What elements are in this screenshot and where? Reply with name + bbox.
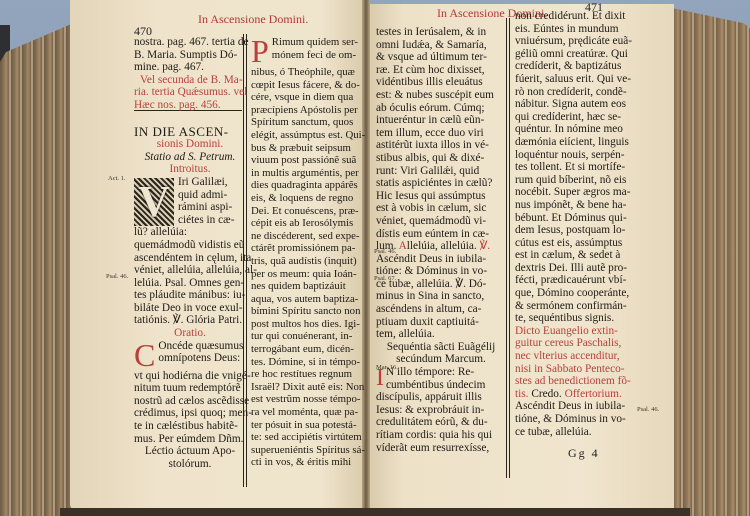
text-line: est vestrũm nosse témpo- <box>251 393 363 406</box>
text-line: nes quidem baptizáuit <box>251 280 363 293</box>
text-line: fúerit, saluus erit. Qui ve- <box>515 73 645 86</box>
signature-mark: Gg 4 <box>568 446 600 461</box>
offertorium-label: Offertorium. <box>562 388 622 400</box>
rubric-line: Dicto Euangelio extin- <box>515 325 645 338</box>
text-line: ce tubæ, allelúia. <box>515 426 645 439</box>
text-line: elégit, assúmptus est. Qui- <box>251 129 363 142</box>
station-line: Statio ad S. Petrum. <box>134 151 246 164</box>
text-line: Dei. Et conuéscens, præ- <box>251 205 363 218</box>
feast-title: IN DIE ASCEN- <box>134 126 246 139</box>
right-column-1: testes in Ierúsalem, & in omni Iudǽa, & … <box>376 26 506 454</box>
rubric-line: Hæc nos. pag. 456. <box>134 99 246 112</box>
text-line: Ascéndit Deus in iubila- <box>515 400 645 413</box>
text-line: præcípiens Apóstolis per <box>251 104 363 117</box>
text-line: dies quadraginta appárẽs <box>251 179 363 192</box>
text-line: ne discéderent, sed expe- <box>251 230 363 243</box>
text-line: terrogábant eum, dicén- <box>251 343 363 356</box>
rubric-line: stes ad benedictionem fõ- <box>515 375 645 388</box>
text-line: ab óculis eórum. Cúmq; <box>376 102 506 115</box>
text-line: cumbéntibus úndecim <box>376 379 506 392</box>
text-line: astitérũt iuxta illos in vé- <box>376 139 506 152</box>
text-line: vt qui hodiérna die vnigé- <box>134 370 246 383</box>
text-line: rum quid bíberint, nõ eis <box>515 174 645 187</box>
text-line: Spíritum sanctum, quos <box>251 116 363 129</box>
text-line: discípulis, appáruit illis <box>376 391 506 404</box>
text-line: viuum post passiónẽ suã <box>251 154 363 167</box>
page-edges-right <box>672 8 750 516</box>
rubric-line: Vel secunda de B. Ma- <box>134 74 246 87</box>
text-line: tes. Dómine, si in témpo- <box>251 356 363 369</box>
text-line: quemádmodũ vidistis eũ <box>134 239 246 252</box>
text-line: & vsque ad últimum ter- <box>376 51 506 64</box>
text-line: rítiam cordis: quia his qui <box>376 429 506 442</box>
text-line: Iesus: & exprobráuit in- <box>376 404 506 417</box>
red-initial-i: I <box>376 366 384 390</box>
text-line: cútus est eis, assúmptus <box>515 237 645 250</box>
text-line: tem illum, ecce duo viri <box>376 127 506 140</box>
credo-text: Credo. <box>531 388 561 400</box>
text-line: omni Iudǽa, & Samaría, <box>376 39 506 52</box>
red-initial-c: C <box>134 340 155 370</box>
text-line: mine. pag. 467. <box>134 61 246 74</box>
text-line: cœpit Iesus fácere, & do- <box>251 79 363 92</box>
text-line: véniet, allelúia, allelúia, al- <box>134 264 246 277</box>
text-line: ter pósuit in sua potestá- <box>251 419 363 432</box>
text-line: Israël? Dixit autẽ eis: Non <box>251 381 363 394</box>
text-line: per os meum: quia Ioán- <box>251 268 363 281</box>
right-column-2: non credidérunt. Et dixit eis. Eúntes in… <box>515 10 645 438</box>
credo-offertory-line: tis. Credo. Offertorium. <box>515 388 645 401</box>
text-line: víderãt eum resurrexísse, <box>376 442 506 455</box>
text-line: credíderit, & baptizátus <box>515 60 645 73</box>
text-line: que, Dómino cooperánte, <box>515 287 645 300</box>
text-line: dístis eum eúntem in cæ- <box>376 228 506 241</box>
text-line: nostra. pag. 467. tertia de <box>134 36 246 49</box>
text-line: cére, vsque in diem qua <box>251 91 363 104</box>
margin-note-psal: Psal. 46. <box>106 273 128 280</box>
text-line: te in cæléstibus habitẽ- <box>134 420 246 433</box>
book-bottom-shadow <box>60 508 690 516</box>
text-line: ræ. Et cùm hoc dixisset, <box>376 64 506 77</box>
lectio-heading: Léctio áctuum Apo- <box>134 445 246 458</box>
text-line: rò non credíderit, condẽ- <box>515 86 645 99</box>
text-line: tióne: & Dóminus in vo- <box>376 265 506 278</box>
left-column-2: P Rimum quidem ser- mónem feci de om- ni… <box>251 36 363 469</box>
text-line: mus. Per eúmdem Dñm. <box>134 433 246 446</box>
text-line: eis, & loquens de regno <box>251 192 363 205</box>
red-initial-a: A <box>399 240 407 252</box>
feast-subtitle: sionis Domini. <box>134 138 246 151</box>
text-line: qui credíderint, hæc se- <box>515 111 645 124</box>
text-line: credulitátem eórũ, & du- <box>376 416 506 429</box>
text-line: minus in Sina in sancto, <box>376 290 506 303</box>
gospel-heading: secúndum Marcum. <box>376 353 506 366</box>
text-line: fécti, prædicauérunt vbí- <box>515 274 645 287</box>
text-fragment: lum. <box>376 240 399 252</box>
text-line: bus & præbuit seipsum <box>251 142 363 155</box>
column-rule-right <box>506 18 507 478</box>
alleluia-line: lum. Allelúia, allelúia. ℣. <box>376 240 506 253</box>
rubric-line: nec vlterius accenditur, <box>515 350 645 363</box>
margin-note-act: Act. 1. <box>108 175 126 182</box>
book-gutter <box>362 0 370 516</box>
text-line: Ascéndit Deus in iubila- <box>376 253 506 266</box>
text-line: tióne, & Dóminus in vo- <box>515 413 645 426</box>
text-line: nitum tuum redemptórẽ <box>134 382 246 395</box>
text-line: in multis arguméntis, per <box>251 167 363 180</box>
text-line: tem, allelúia. <box>376 328 506 341</box>
page-edges-left <box>0 22 76 516</box>
text-line: aqua, vos autem baptiza- <box>251 293 363 306</box>
text-line: crédimus, ipsi quoq; men- <box>134 407 246 420</box>
text-line: N illo témpore: Re- <box>376 366 506 379</box>
text-line: tes tollent. Et si mortífe- <box>515 161 645 174</box>
text-line: est in cælum, & sedet à <box>515 249 645 262</box>
text-line: tris, quã audístis (inquit) <box>251 255 363 268</box>
text-line: bímini Spíritu sancto non <box>251 305 363 318</box>
red-initial-p: P <box>251 36 269 66</box>
rubric-fragment: tis. <box>515 388 531 400</box>
column-rule-right-2 <box>509 18 510 478</box>
introit-label: Introitus. <box>134 163 246 176</box>
text-line: ra vel moménta, quæ pa- <box>251 406 363 419</box>
text-line: Hic Iesus qui assúmptus <box>376 190 506 203</box>
gospel-heading: Sequéntia sãcti Euãgélij <box>376 341 506 354</box>
text-line: ce tubæ, allelúia. ℣. Dó- <box>376 278 506 291</box>
text-line: cépit eis ab Ierosólymis <box>251 217 363 230</box>
text-line: nocébit. Super ægros ma- <box>515 186 645 199</box>
text-line: ascéndens in altum, ca- <box>376 303 506 316</box>
text-line: dem Iesus, postquam lo- <box>515 224 645 237</box>
text-line: tur qui conuénerant, in- <box>251 330 363 343</box>
running-head-left: In Ascensione Domini. <box>198 12 308 27</box>
text-line: te, sequéntibus signis. <box>515 312 645 325</box>
text-line: quéntur. In nómine meo <box>515 123 645 136</box>
text-line: tatiónis. ℣. Glória Patri. <box>134 314 246 327</box>
text-line: intueréntur in cælũ eũn- <box>376 114 506 127</box>
text-line: & sermónem confirmán- <box>515 300 645 313</box>
text-line: re hoc restítues regnum <box>251 368 363 381</box>
text-line: lũ? allelúia: <box>134 226 246 239</box>
text-line: post multos hos dies. Igi- <box>251 318 363 331</box>
text-line: dæmónia eiícient, linguis <box>515 136 645 149</box>
text-line: bébunt. Et Dóminus qui- <box>515 212 645 225</box>
text-line: superueniéntis Spíritus sá- <box>251 444 363 457</box>
rubric-line: nisi in Sabbato Penteco- <box>515 363 645 376</box>
text-line: nibus, ó Theóphile, quæ <box>251 66 363 79</box>
text-line: te: sed accipiétis virtútem <box>251 431 363 444</box>
rubric-line: guitur cereus Paschalis, <box>515 337 645 350</box>
text-line: testes in Ierúsalem, & in <box>376 26 506 39</box>
text-line: lelúia. Psal. Omnes gen- <box>134 277 246 290</box>
lectio-heading: stolórum. <box>134 458 246 471</box>
text-line: géliũ omni creatúræ. Qui <box>515 48 645 61</box>
text-line: vniuérsum, prędicáte euã- <box>515 35 645 48</box>
text-line: dextris Dei. Illi autẽ pro- <box>515 262 645 275</box>
text-line: ctárẽt promissiónem pa- <box>251 242 363 255</box>
rubric-line: ria. tertia Quǽsumus. vel <box>134 86 246 99</box>
text-line: biláte Deo in voce exul- <box>134 302 246 315</box>
text-line: nábitur. Signa autem eos <box>515 98 645 111</box>
text-line: ascendéntem in cęlum, ita <box>134 252 246 265</box>
text-line: tes pláudite mánibus: iu- <box>134 289 246 302</box>
text-line: B. Maria. Sumptis Dó- <box>134 49 246 62</box>
text-line: ptiuam duxit captiuitá- <box>376 316 506 329</box>
text-line: nostrũ ad cælos ascẽdisse <box>134 395 246 408</box>
text-line: eis. Eúntes in mundum <box>515 23 645 36</box>
text-line: loquéntur nouis, serpén- <box>515 149 645 162</box>
text-line: véniet, quemádmodũ vi- <box>376 215 506 228</box>
text-line: vidéntibus illis eleuátus <box>376 76 506 89</box>
text-line: runt: Viri Galilǽi, quid <box>376 165 506 178</box>
text-line: est à vobis in cælum, sic <box>376 202 506 215</box>
text-line: non credidérunt. Et dixit <box>515 10 645 23</box>
text-line: stibus albis, qui & dixé- <box>376 152 506 165</box>
text-line: nus impónẽt, & bene ha- <box>515 199 645 212</box>
text-fragment: llelúia, allelúia. <box>407 240 480 252</box>
decorated-initial-v: V <box>134 178 174 226</box>
text-line: cti in vos, & éritis mihi <box>251 456 363 469</box>
text-line: est: & nubes suscépit eum <box>376 89 506 102</box>
versicle-symbol: ℣. <box>480 240 491 252</box>
text-line: statis aspiciéntes in cælũ? <box>376 177 506 190</box>
left-column-1: nostra. pag. 467. tertia de B. Maria. Su… <box>134 36 246 470</box>
